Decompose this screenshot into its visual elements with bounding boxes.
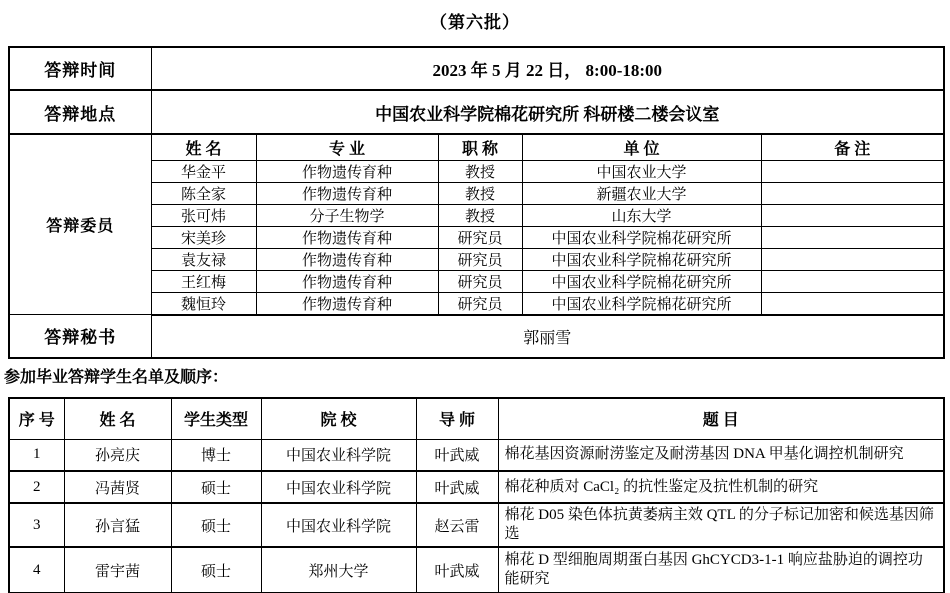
defense-location-label: 答辩地点 xyxy=(9,90,151,134)
student-row: 1 孙亮庆 博士 中国农业科学院 叶武威 棉花基因资源耐涝鉴定及耐涝基因 DNA… xyxy=(9,439,944,471)
student-school: 郑州大学 xyxy=(261,547,416,593)
committee-member-name: 张可炜 xyxy=(151,204,256,226)
student-advisor: 赵云雷 xyxy=(416,503,498,547)
committee-member-title: 研究员 xyxy=(438,248,522,270)
student-row: 4 雷宇茜 硕士 郑州大学 叶武威 棉花 D 型细胞周期蛋白基因 GhCYCD3… xyxy=(9,547,944,593)
committee-member-major: 作物遗传育种 xyxy=(256,182,438,204)
student-no: 2 xyxy=(9,471,64,503)
defense-info-table: 答辩时间 2023 年 5 月 22 日， 8:00-18:00 答辩地点 中国… xyxy=(8,46,945,359)
committee-member-note xyxy=(761,160,944,182)
committee-member-name: 袁友禄 xyxy=(151,248,256,270)
committee-member-unit: 中国农业科学院棉花研究所 xyxy=(522,248,761,270)
students-header-advisor: 导 师 xyxy=(416,398,498,439)
student-row: 3 孙言猛 硕士 中国农业科学院 赵云雷 棉花 D05 染色体抗黄萎病主效 QT… xyxy=(9,503,944,547)
students-header-school: 院 校 xyxy=(261,398,416,439)
student-name: 冯茜贤 xyxy=(64,471,171,503)
committee-member-title: 研究员 xyxy=(438,270,522,292)
committee-member-note xyxy=(761,292,944,315)
committee-member-major: 分子生物学 xyxy=(256,204,438,226)
committee-member-name: 王红梅 xyxy=(151,270,256,292)
defense-time-row: 答辩时间 2023 年 5 月 22 日， 8:00-18:00 xyxy=(9,47,944,90)
secretary-value: 郭丽雪 xyxy=(151,315,944,358)
student-topic: 棉花种质对 CaCl₂ 的抗性鉴定及抗性机制的研究 xyxy=(498,471,944,503)
committee-member-major: 作物遗传育种 xyxy=(256,248,438,270)
students-header-row: 序 号 姓 名 学生类型 院 校 导 师 题 目 xyxy=(9,398,944,439)
student-topic: 棉花基因资源耐涝鉴定及耐涝基因 DNA 甲基化调控机制研究 xyxy=(498,439,944,471)
committee-member-unit: 新疆农业大学 xyxy=(522,182,761,204)
student-advisor: 叶武威 xyxy=(416,471,498,503)
students-header-type: 学生类型 xyxy=(171,398,261,439)
student-school: 中国农业科学院 xyxy=(261,439,416,471)
student-type: 博士 xyxy=(171,439,261,471)
student-type: 硕士 xyxy=(171,471,261,503)
committee-member-major: 作物遗传育种 xyxy=(256,226,438,248)
committee-header-major: 专 业 xyxy=(256,134,438,160)
defense-location-row: 答辩地点 中国农业科学院棉花研究所 科研楼二楼会议室 xyxy=(9,90,944,134)
students-header-no: 序 号 xyxy=(9,398,64,439)
committee-label: 答辩委员 xyxy=(9,134,151,315)
committee-member-major: 作物遗传育种 xyxy=(256,160,438,182)
committee-member-title: 教授 xyxy=(438,204,522,226)
defense-location-value: 中国农业科学院棉花研究所 科研楼二楼会议室 xyxy=(151,90,944,134)
student-school: 中国农业科学院 xyxy=(261,471,416,503)
committee-member-note xyxy=(761,204,944,226)
student-type: 硕士 xyxy=(171,547,261,593)
student-school: 中国农业科学院 xyxy=(261,503,416,547)
committee-member-unit: 山东大学 xyxy=(522,204,761,226)
committee-member-name: 魏恒玲 xyxy=(151,292,256,315)
committee-member-unit: 中国农业科学院棉花研究所 xyxy=(522,292,761,315)
student-topic: 棉花 D 型细胞周期蛋白基因 GhCYCD3-1-1 响应盐胁迫的调控功能研究 xyxy=(498,547,944,593)
committee-member-title: 研究员 xyxy=(438,292,522,315)
student-advisor: 叶武威 xyxy=(416,547,498,593)
student-name: 孙言猛 xyxy=(64,503,171,547)
committee-member-unit: 中国农业科学院棉花研究所 xyxy=(522,226,761,248)
student-name: 雷宇茜 xyxy=(64,547,171,593)
committee-member-title: 教授 xyxy=(438,182,522,204)
committee-member-major: 作物遗传育种 xyxy=(256,292,438,315)
committee-header-name: 姓 名 xyxy=(151,134,256,160)
committee-member-unit: 中国农业科学院棉花研究所 xyxy=(522,270,761,292)
students-header-topic: 题 目 xyxy=(498,398,944,439)
committee-member-name: 宋美珍 xyxy=(151,226,256,248)
defense-time-value: 2023 年 5 月 22 日， 8:00-18:00 xyxy=(151,47,944,90)
students-header-name: 姓 名 xyxy=(64,398,171,439)
student-row: 2 冯茜贤 硕士 中国农业科学院 叶武威 棉花种质对 CaCl₂ 的抗性鉴定及抗… xyxy=(9,471,944,503)
secretary-label: 答辩秘书 xyxy=(9,315,151,358)
committee-member-name: 华金平 xyxy=(151,160,256,182)
committee-member-unit: 中国农业大学 xyxy=(522,160,761,182)
committee-member-name: 陈全家 xyxy=(151,182,256,204)
committee-member-title: 教授 xyxy=(438,160,522,182)
committee-header-title: 职 称 xyxy=(438,134,522,160)
student-type: 硕士 xyxy=(171,503,261,547)
committee-member-title: 研究员 xyxy=(438,226,522,248)
committee-member-note xyxy=(761,248,944,270)
student-no: 4 xyxy=(9,547,64,593)
page-title: （第六批） xyxy=(0,8,950,33)
student-advisor: 叶武威 xyxy=(416,439,498,471)
student-no: 3 xyxy=(9,503,64,547)
student-no: 1 xyxy=(9,439,64,471)
defense-time-label: 答辩时间 xyxy=(9,47,151,90)
student-name: 孙亮庆 xyxy=(64,439,171,471)
committee-member-note xyxy=(761,182,944,204)
committee-header-note: 备 注 xyxy=(761,134,944,160)
student-topic: 棉花 D05 染色体抗黄萎病主效 QTL 的分子标记加密和候选基因筛选 xyxy=(498,503,944,547)
students-table: 序 号 姓 名 学生类型 院 校 导 师 题 目 1 孙亮庆 博士 中国农业科学… xyxy=(8,397,945,593)
committee-member-major: 作物遗传育种 xyxy=(256,270,438,292)
secretary-row: 答辩秘书 郭丽雪 xyxy=(9,315,944,358)
committee-member-note xyxy=(761,270,944,292)
committee-member-note xyxy=(761,226,944,248)
committee-header-unit: 单 位 xyxy=(522,134,761,160)
committee-header-row: 答辩委员 姓 名 专 业 职 称 单 位 备 注 xyxy=(9,134,944,160)
students-section-heading: 参加毕业答辩学生名单及顺序： xyxy=(4,364,228,387)
